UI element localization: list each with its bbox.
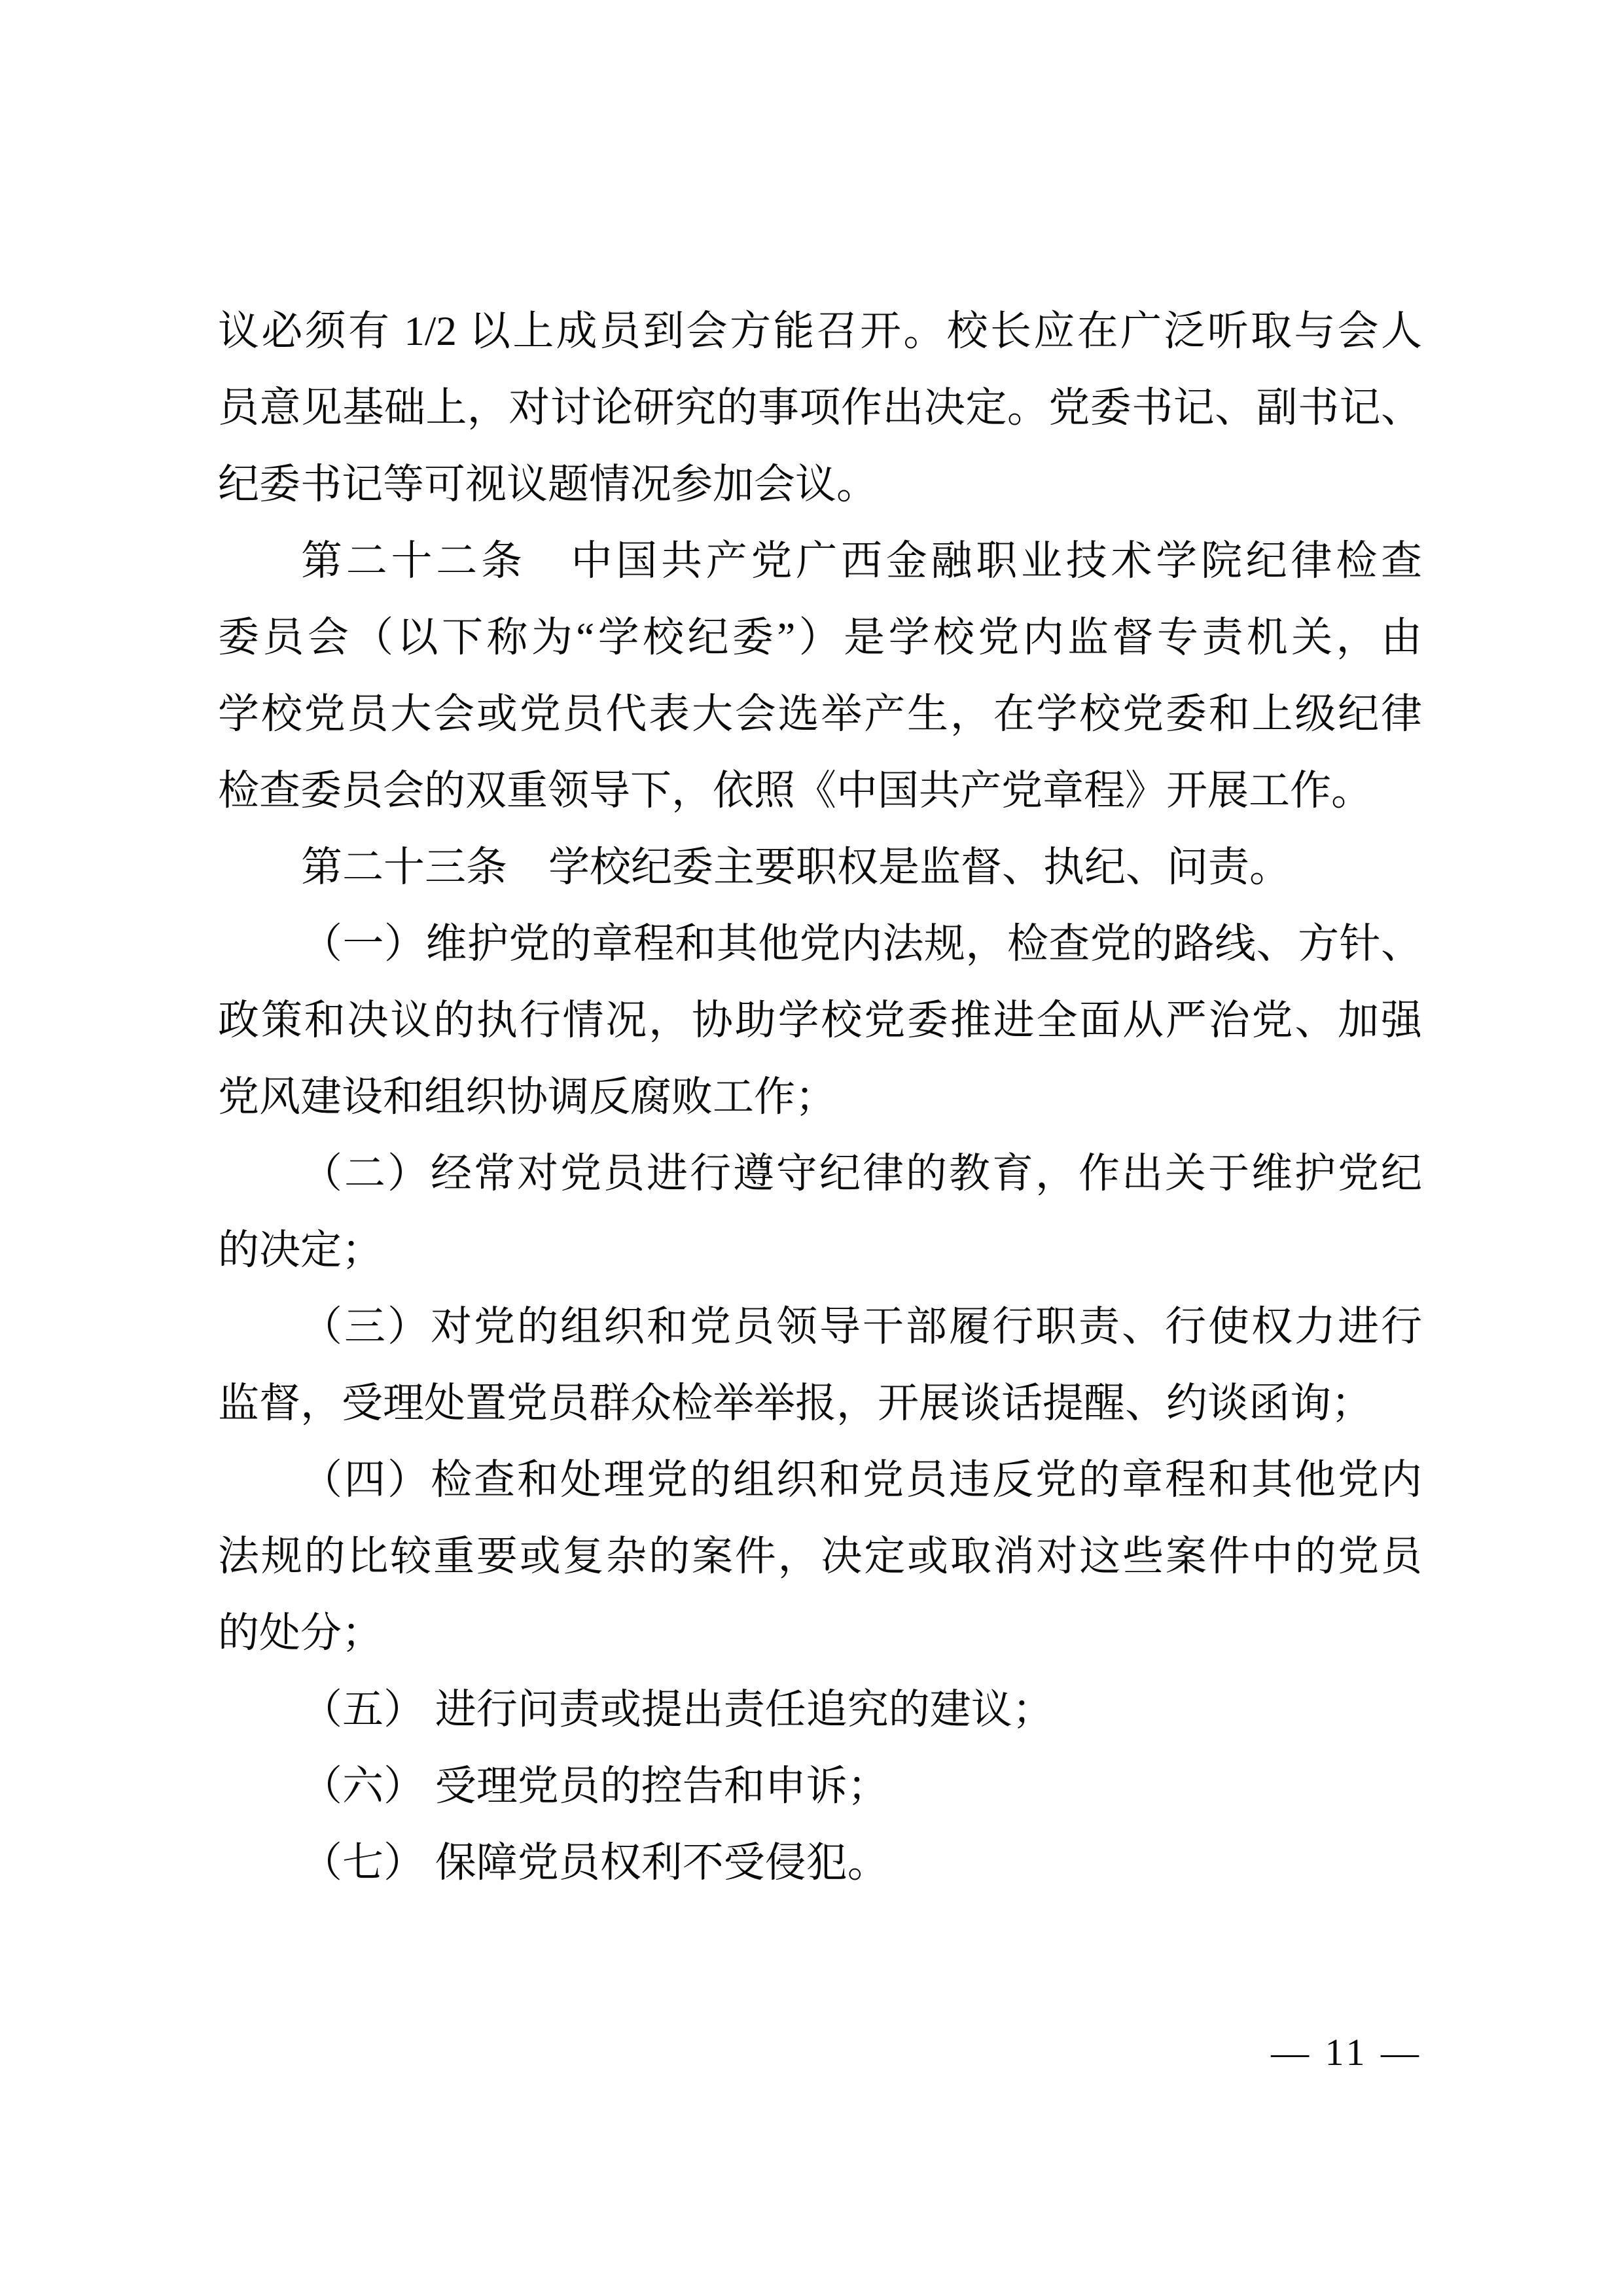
doc-line-item-1: （一）维护党的章程和其他党内法规，检查党的路线、方针、 bbox=[218, 906, 1422, 982]
doc-line: 学校党员大会或党员代表大会选举产生，在学校党委和上级纪律 bbox=[218, 676, 1422, 753]
document-page: 议必须有 1/2 以上成员到会方能召开。校长应在广泛听取与会人 员意见基础上，对… bbox=[0, 0, 1623, 2296]
doc-line: 检查委员会的双重领导下，依照《中国共产党章程》开展工作。 bbox=[218, 753, 1422, 829]
doc-line-item-4: （四）检查和处理党的组织和党员违反党的章程和其他党内 bbox=[218, 1442, 1422, 1518]
doc-line: 委员会（以下称为“学校纪委”）是学校党内监督专责机关，由 bbox=[218, 600, 1422, 676]
doc-line: 党风建设和组织协调反腐败工作； bbox=[218, 1059, 1422, 1136]
doc-line-article-23: 第二十三条 学校纪委主要职权是监督、执纪、问责。 bbox=[218, 829, 1422, 906]
doc-line: 的决定； bbox=[218, 1212, 1422, 1289]
doc-line-item-6: （六） 受理党员的控告和申诉； bbox=[218, 1748, 1422, 1825]
doc-line: 议必须有 1/2 以上成员到会方能召开。校长应在广泛听取与会人 bbox=[218, 293, 1422, 370]
doc-line-article-22: 第二十二条 中国共产党广西金融职业技术学院纪律检查 bbox=[218, 523, 1422, 600]
doc-line: 的处分； bbox=[218, 1595, 1422, 1672]
doc-line: 纪委书记等可视议题情况参加会议。 bbox=[218, 446, 1422, 523]
doc-line: 监督，受理处置党员群众检举举报，开展谈话提醒、约谈函询； bbox=[218, 1365, 1422, 1442]
doc-line: 法规的比较重要或复杂的案件，决定或取消对这些案件中的党员 bbox=[218, 1518, 1422, 1595]
doc-line: 政策和决议的执行情况，协助学校党委推进全面从严治党、加强 bbox=[218, 982, 1422, 1059]
page-number: — 11 — bbox=[1271, 2029, 1422, 2076]
doc-line-item-7: （七） 保障党员权利不受侵犯。 bbox=[218, 1825, 1422, 1901]
doc-line: 员意见基础上，对讨论研究的事项作出决定。党委书记、副书记、 bbox=[218, 370, 1422, 446]
doc-line-item-2: （二）经常对党员进行遵守纪律的教育，作出关于维护党纪 bbox=[218, 1136, 1422, 1212]
doc-line-item-5: （五） 进行问责或提出责任追究的建议； bbox=[218, 1672, 1422, 1748]
document-body: 议必须有 1/2 以上成员到会方能召开。校长应在广泛听取与会人 员意见基础上，对… bbox=[218, 293, 1422, 1901]
doc-line-item-3: （三）对党的组织和党员领导干部履行职责、行使权力进行 bbox=[218, 1289, 1422, 1365]
